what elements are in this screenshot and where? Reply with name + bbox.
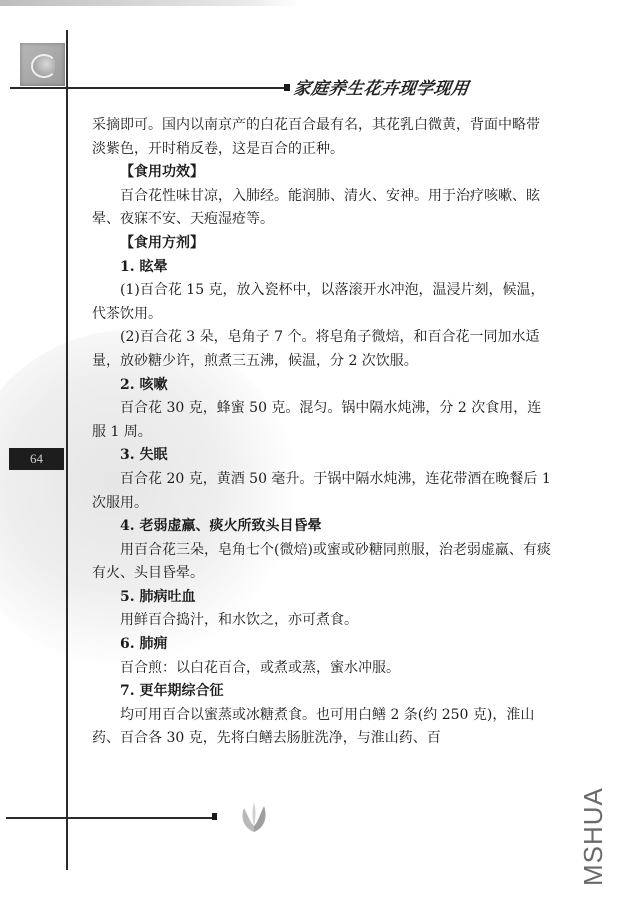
paragraph: 采摘即可。国内以南京产的白花百合最有名，其花乳白微黄，背面中略带淡紫色，开时稍反… bbox=[92, 114, 552, 161]
paragraph: 百合煎：以白花百合，或煮或蒸，蜜水冲服。 bbox=[92, 657, 552, 681]
section-heading-functions: 【食用功效】 bbox=[92, 161, 552, 185]
margin-vertical-rule bbox=[66, 30, 68, 870]
footer-rule bbox=[6, 817, 216, 819]
recipe-heading: 5. 肺病吐血 bbox=[92, 586, 552, 610]
page-number: 64 bbox=[9, 448, 64, 470]
recipe-heading: 3. 失眠 bbox=[92, 444, 552, 468]
paragraph: 均可用百合以蜜蒸或冰糖煮食。也可用白鳝 2 条(约 250 克)，淮山药、百合各… bbox=[92, 704, 552, 751]
header-rule-bullet bbox=[284, 84, 290, 91]
top-edge-shadow bbox=[0, 0, 300, 6]
paragraph: 百合花 20 克，黄酒 50 毫升。于锅中隔水炖沸，连花带酒在晚餐后 1 次服用… bbox=[92, 468, 552, 515]
corner-emblem-icon bbox=[20, 43, 65, 86]
swirl-icon bbox=[31, 54, 57, 78]
lily-flower-icon bbox=[236, 800, 272, 834]
footer-rule-bullet bbox=[212, 813, 217, 820]
paragraph: 百合花性味甘凉，入肺经。能润肺、清火、安神。用于治疗咳嗽、眩晕、夜寐不安、天疱湿… bbox=[92, 185, 552, 232]
header-rule bbox=[10, 87, 288, 89]
paragraph: (2)百合花 3 朵，皂角子 7 个。将皂角子微焙，和百合花一同加水适量，放砂糖… bbox=[92, 326, 552, 373]
running-title: 家庭养生花卉现学现用 bbox=[292, 74, 471, 99]
recipe-heading: 7. 更年期综合征 bbox=[92, 680, 552, 704]
page-body: 采摘即可。国内以南京产的白花百合最有名，其花乳白微黄，背面中略带淡紫色，开时稍反… bbox=[92, 114, 552, 751]
watermark: MSHUA bbox=[578, 787, 609, 886]
section-heading-recipes: 【食用方剂】 bbox=[92, 232, 552, 256]
recipe-heading: 2. 咳嗽 bbox=[92, 374, 552, 398]
paragraph: 用百合花三朵，皂角七个(微焙)或蜜或砂糖同煎服，治老弱虚羸、有痰有火、头目昏晕。 bbox=[92, 539, 552, 586]
paragraph: 用鲜百合捣汁，和水饮之，亦可煮食。 bbox=[92, 609, 552, 633]
paragraph: 百合花 30 克，蜂蜜 50 克。混匀。锅中隔水炖沸，分 2 次食用，连服 1 … bbox=[92, 397, 552, 444]
paragraph: (1)百合花 15 克，放入瓷杯中，以落滚开水冲泡，温浸片刻，候温，代茶饮用。 bbox=[92, 279, 552, 326]
recipe-heading: 4. 老弱虚羸、痰火所致头目昏晕 bbox=[92, 515, 552, 539]
recipe-heading: 1. 眩晕 bbox=[92, 256, 552, 280]
recipe-heading: 6. 肺痈 bbox=[92, 633, 552, 657]
